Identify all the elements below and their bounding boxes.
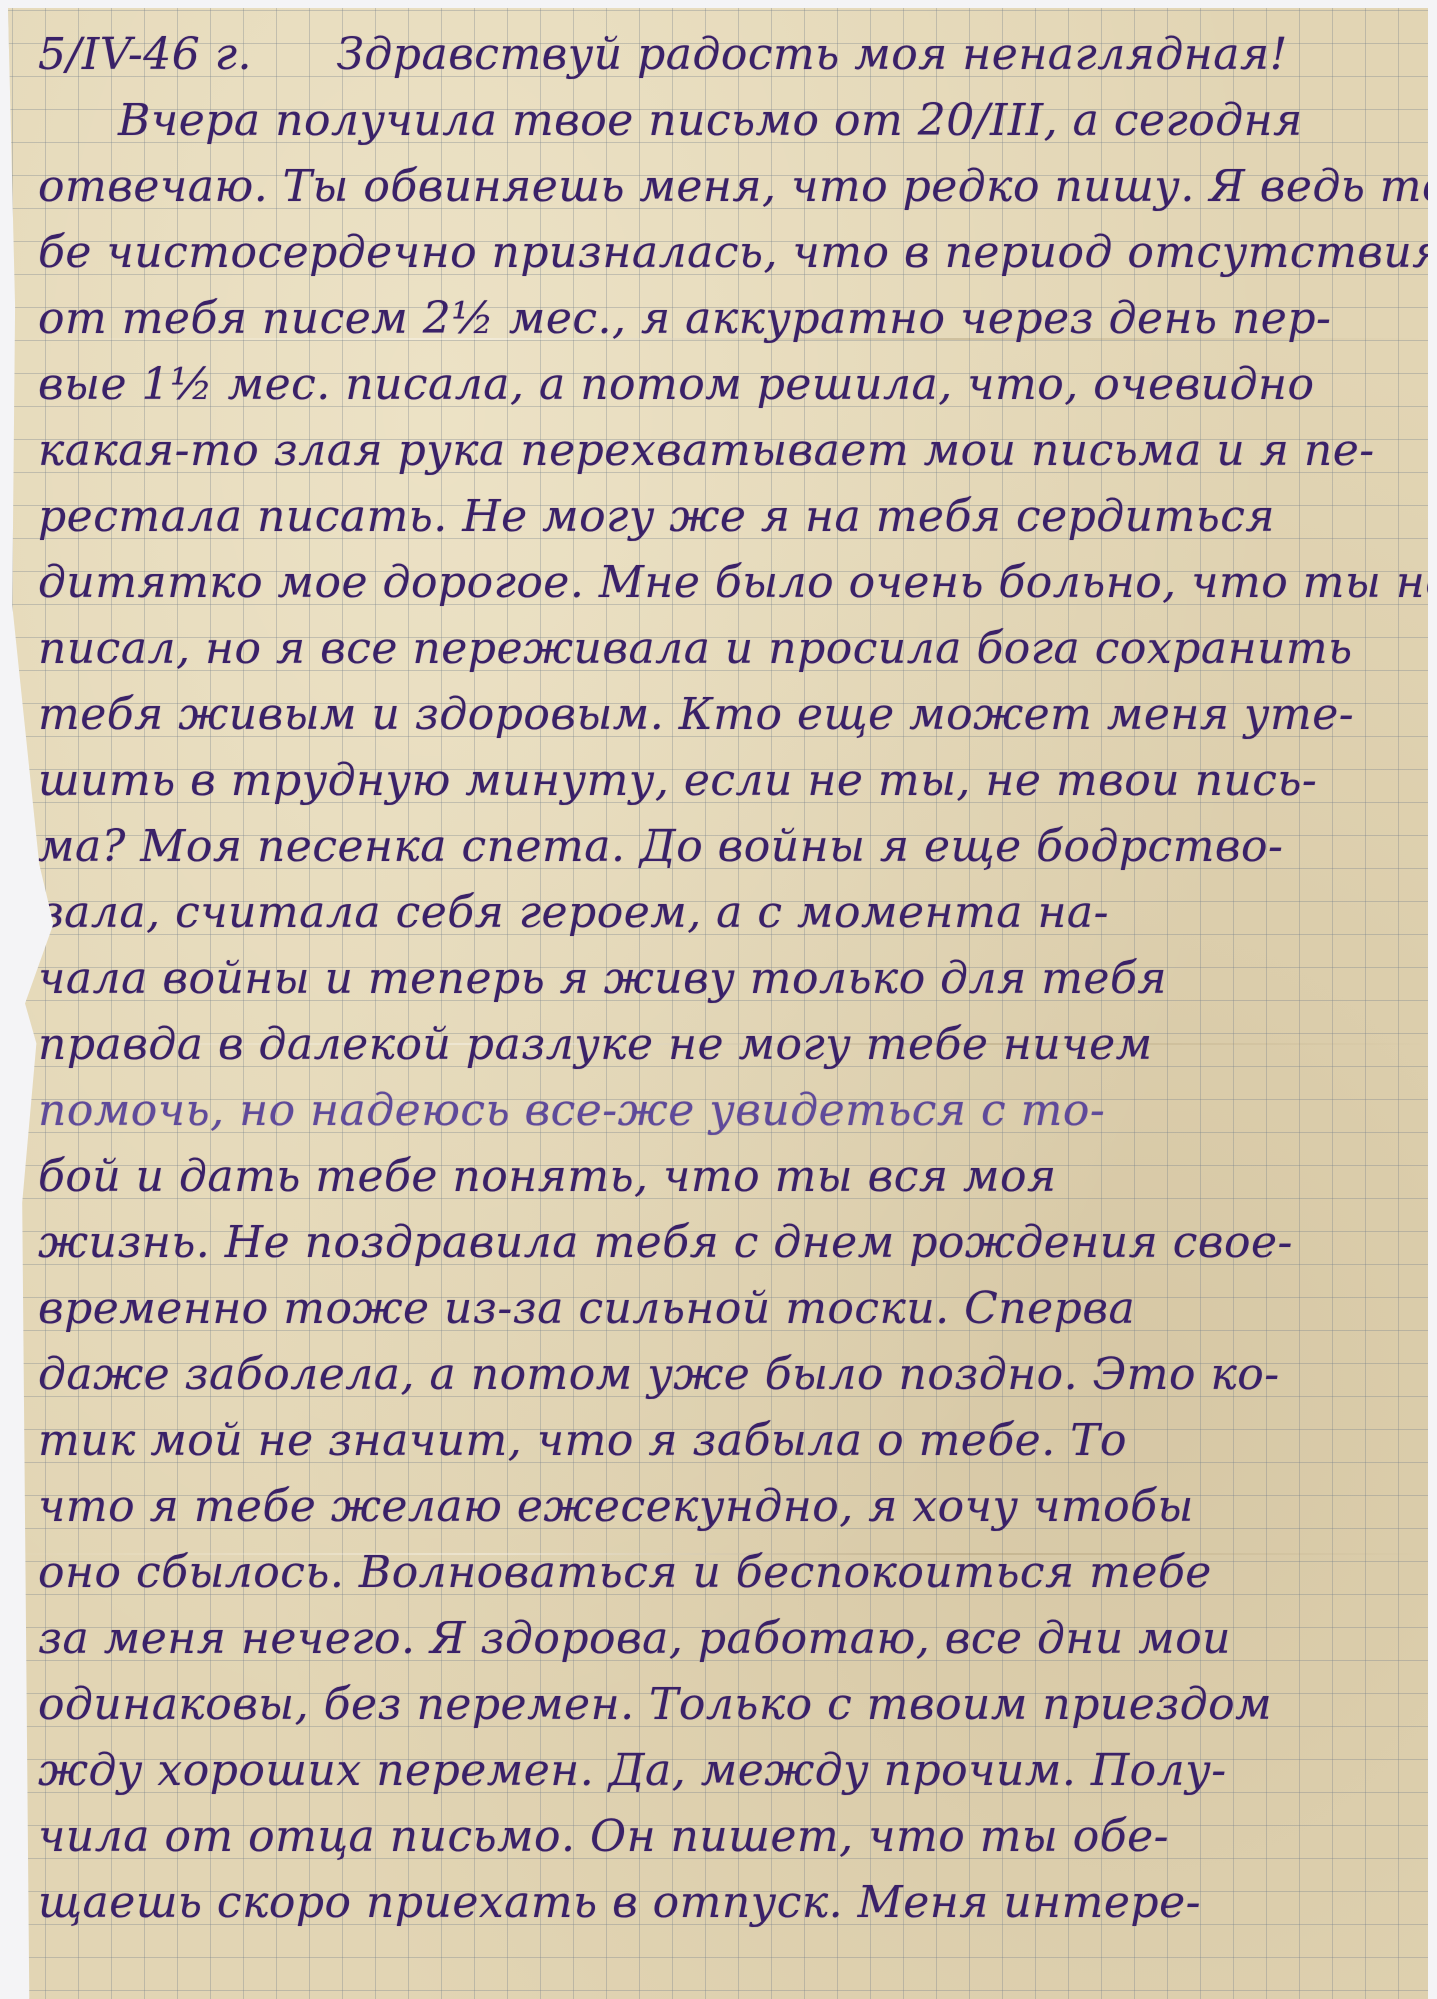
- letter-line: ма? Моя песенка спета. До войны я еще бо…: [38, 814, 1423, 880]
- letter-line: от тебя писем 2½ мес., я аккуратно через…: [38, 286, 1423, 352]
- letter-line: даже заболела, а потом уже было поздно. …: [38, 1342, 1423, 1408]
- letter-line: Вчера получила твое письмо от 20/III, а …: [38, 88, 1423, 154]
- letter-line: шить в трудную минуту, если не ты, не тв…: [38, 748, 1423, 814]
- letter-line: вые 1½ мес. писала, а потом решила, что,…: [38, 352, 1423, 418]
- letter-line: вала, считала себя героем, а с момента н…: [38, 880, 1423, 946]
- letter-date: 5/IV-46 г.: [38, 29, 252, 80]
- letter-line: чала войны и теперь я живу только для те…: [38, 946, 1423, 1012]
- letter-line: какая-то злая рука перехватывает мои пис…: [38, 418, 1423, 484]
- letter-line: тик мой не значит, что я забыла о тебе. …: [38, 1408, 1423, 1474]
- letter-line: щаешь скоро приехать в отпуск. Меня инте…: [38, 1870, 1423, 1936]
- letter-line: чила от отца письмо. Он пишет, что ты об…: [38, 1804, 1423, 1870]
- letter-line: отвечаю. Ты обвиняешь меня, что редко пи…: [38, 154, 1423, 220]
- letter-line: бой и дать тебе понять, что ты вся моя: [38, 1144, 1423, 1210]
- letter-line: жду хороших перемен. Да, между прочим. П…: [38, 1738, 1423, 1804]
- letter-line: правда в далекой разлуке не могу тебе ни…: [38, 1012, 1423, 1078]
- letter-line: временно тоже из-за сильной тоски. Сперв…: [38, 1276, 1423, 1342]
- letter-line: дитятко мое дорогое. Мне было очень боль…: [38, 550, 1423, 616]
- letter-line: за меня нечего. Я здорова, работаю, все …: [38, 1606, 1423, 1672]
- letter-paper: 5/IV-46 г. Здравствуй радость моя ненагл…: [8, 8, 1428, 1999]
- letter-line: писал, но я все переживала и просила бог…: [38, 616, 1423, 682]
- letter-line: рестала писать. Не могу же я на тебя сер…: [38, 484, 1423, 550]
- letter-line: бе чистосердечно призналась, что в перио…: [38, 220, 1423, 286]
- letter-line: что я тебе желаю ежесекундно, я хочу что…: [38, 1474, 1423, 1540]
- letter-line: помочь, но надеюсь все-же увидеться с то…: [38, 1078, 1423, 1144]
- letter-header: 5/IV-46 г. Здравствуй радость моя ненагл…: [38, 22, 1423, 88]
- letter-line: тебя живым и здоровым. Кто еще может мен…: [38, 682, 1423, 748]
- letter-line: оно сбылось. Волноваться и беспокоиться …: [38, 1540, 1423, 1606]
- letter-body: 5/IV-46 г. Здравствуй радость моя ненагл…: [38, 22, 1423, 1936]
- letter-line: одинаковы, без перемен. Только с твоим п…: [38, 1672, 1423, 1738]
- letter-greeting: Здравствуй радость моя ненаглядная!: [337, 29, 1288, 80]
- letter-line: жизнь. Не поздравила тебя с днем рождени…: [38, 1210, 1423, 1276]
